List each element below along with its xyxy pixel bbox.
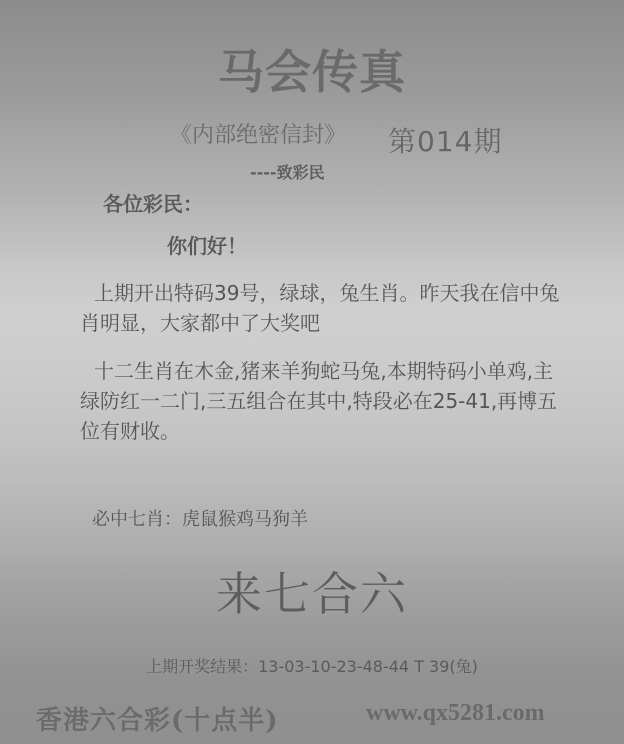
slogan: 来七合六 — [0, 558, 624, 624]
footer-brand: 香港六合彩(十点半) — [36, 700, 279, 737]
subtitle: 《内部绝密信封》 — [170, 118, 346, 149]
page-title: 马会传真 — [0, 36, 624, 102]
paragraph-text: 十二生肖在木金,猪来羊狗蛇马兔,本期特码小单鸡,主绿防红一二门,三五组合在其中,… — [80, 359, 557, 443]
greeting: 你们好！ — [167, 230, 247, 259]
salutation: 各位彩民： — [103, 188, 203, 217]
paragraph-forecast: 十二生肖在木金,猪来羊狗蛇马兔,本期特码小单鸡,主绿防红一二门,三五组合在其中,… — [80, 356, 560, 446]
footer-url-watermark: www.qx5281.com — [366, 700, 545, 727]
paragraph-last-result: 上期开出特码39号，绿球，兔生肖。昨天我在信中兔肖明显，大家都中了大奖吧 — [80, 278, 560, 338]
issue-number: 第014期 — [388, 120, 502, 160]
addressee-line: ----致彩民 — [250, 160, 325, 183]
must-win-zodiacs: 必中七肖：虎鼠猴鸡马狗羊 — [92, 505, 308, 531]
last-draw-result: 上期开奖结果：13-03-10-23-48-44 T 39(兔) — [0, 654, 624, 677]
paragraph-text: 上期开出特码39号，绿球，兔生肖。昨天我在信中兔肖明显，大家都中了大奖吧 — [80, 281, 559, 335]
